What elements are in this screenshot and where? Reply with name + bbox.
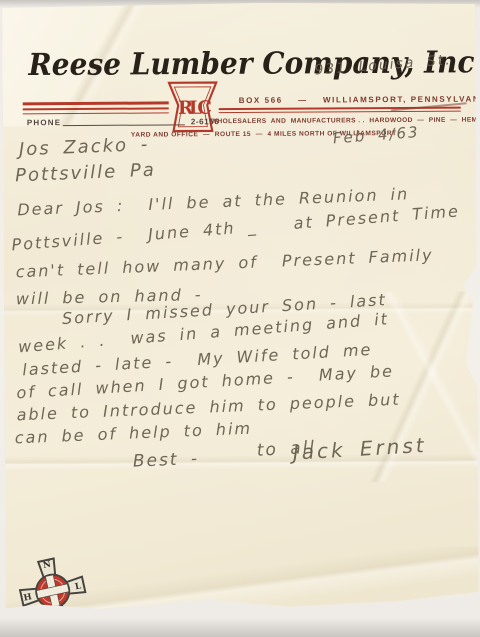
body-line: can't tell how many of Present Family: [15, 245, 434, 281]
keystone-icon: RLC: [166, 77, 220, 135]
recipient-name: Jos Zacko -: [19, 134, 150, 160]
handwritten-date: Feb 4/63: [332, 123, 420, 148]
emblem-letter-a: A: [54, 614, 64, 625]
scanned-letter: Reese Lumber Company, Inc. RLC BOX 566 —…: [0, 0, 480, 637]
keystone-logo: RLC: [166, 77, 220, 135]
phone-label: PHONE: [27, 118, 62, 127]
cross-emblem-icon: N H L A: [13, 552, 92, 631]
recipient-city: Pottsville Pa: [15, 160, 156, 187]
association-emblem: N H L A: [19, 558, 85, 624]
red-rule: [219, 111, 461, 113]
closing-text: Best -: [132, 449, 199, 472]
keystone-monogram: RLC: [178, 98, 212, 119]
trade-line: WHOLESALERS AND MANUFACTURERS . . HARDWO…: [211, 116, 480, 125]
letter-paper: Reese Lumber Company, Inc. RLC BOX 566 —…: [2, 2, 479, 625]
